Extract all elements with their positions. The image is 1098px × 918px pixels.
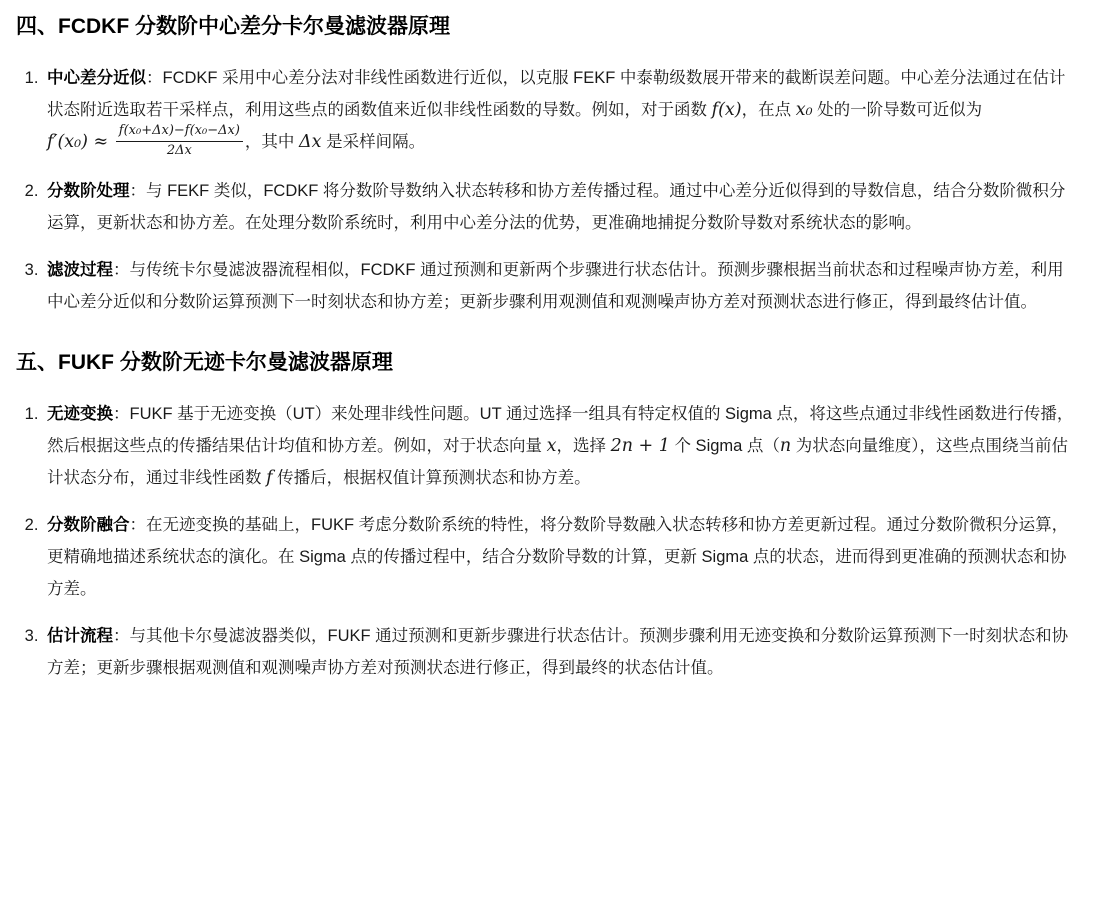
term-separator: ： <box>113 405 130 423</box>
item-text: 在无迹变换的基础上，FUKF 考虑分数阶系统的特性，将分数阶导数融入状态转移和协… <box>47 516 1068 598</box>
math-n: n <box>780 436 791 456</box>
term-separator: ： <box>113 261 130 279</box>
math-derivative-lead: f′(x₀) ≈ <box>47 133 114 153</box>
item-text: 与 FEKF 类似，FCDKF 将分数阶导数纳入状态转移和协方差传播过程。通过中… <box>47 182 1065 232</box>
list-item-fractional-fusion: 分数阶融合：在无迹变换的基础上，FUKF 考虑分数阶系统的特性，将分数阶导数融入… <box>43 509 1076 605</box>
item-term: 中心差分近似 <box>47 69 146 87</box>
fraction-central-difference: f(x₀+Δx)−f(x₀−Δx)2Δx <box>116 124 243 158</box>
item-text: 处的一阶导数可近似为 <box>813 101 983 119</box>
item-term: 滤波过程 <box>47 261 113 279</box>
math-delta-x: Δx <box>299 133 322 153</box>
fraction-denominator: 2Δx <box>116 142 243 158</box>
math-x-vector: x <box>547 436 557 456</box>
list-item-estimation-flow: 估计流程：与其他卡尔曼滤波器类似，FUKF 通过预测和更新步骤进行状态估计。预测… <box>43 620 1076 684</box>
list-item-unscented-transform: 无迹变换：FUKF 基于无迹变换（UT）来处理非线性问题。UT 通过选择一组具有… <box>43 398 1076 494</box>
fcdkf-principles-list: 中心差分近似：FCDKF 采用中心差分法对非线性函数进行近似，以克服 FEKF … <box>16 62 1076 318</box>
math-2n-plus-1: 2n + 1 <box>611 436 670 456</box>
list-item-fractional-processing: 分数阶处理：与 FEKF 类似，FCDKF 将分数阶导数纳入状态转移和协方差传播… <box>43 175 1076 239</box>
item-text: ，在点 <box>742 101 796 119</box>
section-heading-fukf: 五、FUKF 分数阶无迹卡尔曼滤波器原理 <box>16 348 1076 378</box>
item-term: 分数阶融合 <box>47 516 130 534</box>
fraction-numerator: f(x₀+Δx)−f(x₀−Δx) <box>116 124 243 141</box>
math-x-sub-0: x₀ <box>796 100 813 120</box>
fukf-principles-list: 无迹变换：FUKF 基于无迹变换（UT）来处理非线性问题。UT 通过选择一组具有… <box>16 398 1076 684</box>
item-text: ，其中 <box>245 134 299 152</box>
list-item-central-difference-approx: 中心差分近似：FCDKF 采用中心差分法对非线性函数进行近似，以克服 FEKF … <box>43 62 1076 160</box>
item-term: 无迹变换 <box>47 405 113 423</box>
item-text: ，选择 <box>556 437 610 455</box>
item-text: 传播后，根据权值计算预测状态和协方差。 <box>273 469 591 487</box>
item-text: 与其他卡尔曼滤波器类似，FUKF 通过预测和更新步骤进行状态估计。预测步骤利用无… <box>47 627 1068 677</box>
item-text: 是采样间隔。 <box>322 134 426 152</box>
item-term: 分数阶处理 <box>47 182 130 200</box>
item-term: 估计流程 <box>47 627 113 645</box>
list-item-filtering-process: 滤波过程：与传统卡尔曼滤波器流程相似，FCDKF 通过预测和更新两个步骤进行状态… <box>43 254 1076 318</box>
term-separator: ： <box>130 516 147 534</box>
term-separator: ： <box>146 69 163 87</box>
math-f-of-x: f(x) <box>712 100 742 120</box>
term-separator: ： <box>130 182 147 200</box>
item-text: 个 Sigma 点（ <box>670 437 780 455</box>
section-heading-fcdkf: 四、FCDKF 分数阶中心差分卡尔曼滤波器原理 <box>16 12 1076 42</box>
term-separator: ： <box>113 627 130 645</box>
item-text: 与传统卡尔曼滤波器流程相似，FCDKF 通过预测和更新两个步骤进行状态估计。预测… <box>47 261 1064 311</box>
document-body: 四、FCDKF 分数阶中心差分卡尔曼滤波器原理 中心差分近似：FCDKF 采用中… <box>0 0 1098 723</box>
